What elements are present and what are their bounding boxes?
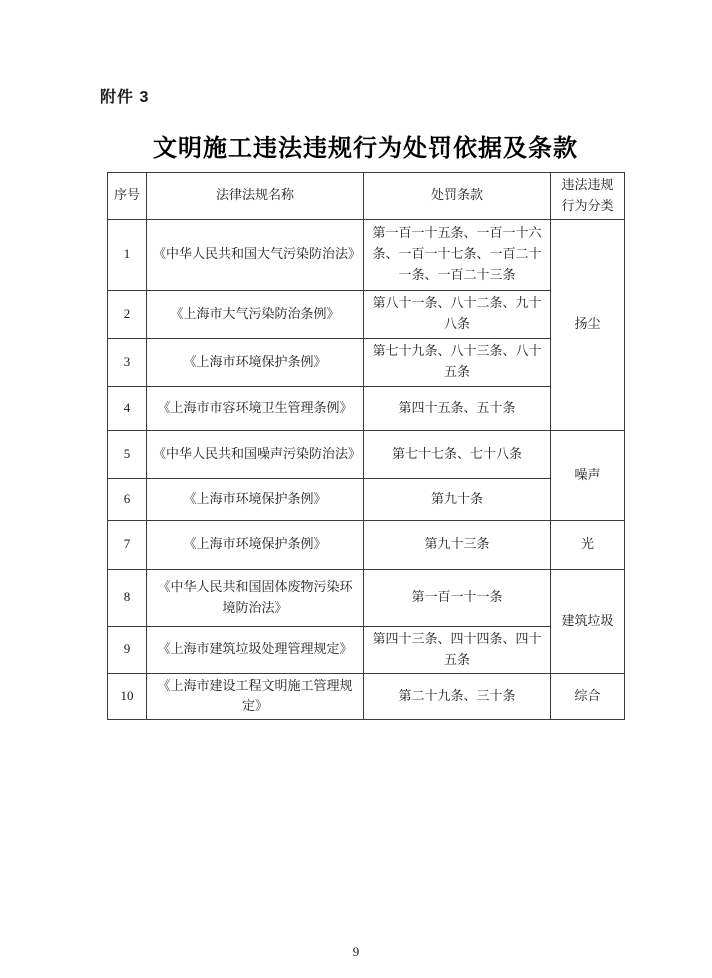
penalty-clauses: 第一百一十一条 — [364, 569, 551, 626]
violation-category: 扬尘 — [551, 219, 625, 430]
penalty-clauses: 第八十一条、八十二条、九十八条 — [364, 290, 551, 338]
table-header-row: 序号 法律法规名称 处罚条款 违法违规行为分类 — [108, 173, 625, 220]
violation-category: 噪声 — [551, 430, 625, 520]
law-name: 《中华人民共和国噪声污染防治法》 — [147, 430, 364, 478]
table-row: 7 《上海市环境保护条例》 第九十三条 光 — [108, 520, 625, 569]
header-name: 法律法规名称 — [147, 173, 364, 220]
violation-category: 光 — [551, 520, 625, 569]
row-no: 5 — [108, 430, 147, 478]
attachment-label: 附件 3 — [100, 84, 149, 107]
table-row: 10 《上海市建设工程文明施工管理规定》 第二十九条、三十条 综合 — [108, 673, 625, 720]
law-name: 《上海市环境保护条例》 — [147, 520, 364, 569]
table-row: 5 《中华人民共和国噪声污染防治法》 第七十七条、七十八条 噪声 — [108, 430, 625, 478]
law-name: 《上海市大气污染防治条例》 — [147, 290, 364, 338]
row-no: 10 — [108, 673, 147, 720]
table-row: 8 《中华人民共和国固体废物污染环境防治法》 第一百一十一条 建筑垃圾 — [108, 569, 625, 626]
row-no: 2 — [108, 290, 147, 338]
violation-category: 建筑垃圾 — [551, 569, 625, 673]
law-name: 《中华人民共和国大气污染防治法》 — [147, 219, 364, 290]
law-name: 《上海市建设工程文明施工管理规定》 — [147, 673, 364, 720]
law-regulation-table: 序号 法律法规名称 处罚条款 违法违规行为分类 1 《中华人民共和国大气污染防治… — [107, 172, 625, 720]
header-category: 违法违规行为分类 — [551, 173, 625, 220]
penalty-clauses: 第一百一十五条、一百一十六条、一百一十七条、一百二十一条、一百二十三条 — [364, 219, 551, 290]
penalty-clauses: 第九十条 — [364, 478, 551, 520]
table-row: 9 《上海市建筑垃圾处理管理规定》 第四十三条、四十四条、四十五条 — [108, 626, 625, 673]
law-name: 《上海市环境保护条例》 — [147, 338, 364, 386]
page-title: 文明施工违法违规行为处罚依据及条款 — [107, 128, 624, 163]
row-no: 4 — [108, 386, 147, 430]
table-row: 1 《中华人民共和国大气污染防治法》 第一百一十五条、一百一十六条、一百一十七条… — [108, 219, 625, 290]
row-no: 6 — [108, 478, 147, 520]
penalty-clauses: 第九十三条 — [364, 520, 551, 569]
row-no: 7 — [108, 520, 147, 569]
law-name: 《上海市建筑垃圾处理管理规定》 — [147, 626, 364, 673]
table-row: 3 《上海市环境保护条例》 第七十九条、八十三条、八十五条 — [108, 338, 625, 386]
penalty-clauses: 第四十五条、五十条 — [364, 386, 551, 430]
document-page: 附件 3 文明施工违法违规行为处罚依据及条款 序号 法律法规名称 处罚条款 违法… — [0, 0, 712, 978]
header-clauses: 处罚条款 — [364, 173, 551, 220]
row-no: 8 — [108, 569, 147, 626]
table-row: 6 《上海市环境保护条例》 第九十条 — [108, 478, 625, 520]
penalty-clauses: 第七十九条、八十三条、八十五条 — [364, 338, 551, 386]
penalty-clauses: 第二十九条、三十条 — [364, 673, 551, 720]
header-no: 序号 — [108, 173, 147, 220]
table-row: 2 《上海市大气污染防治条例》 第八十一条、八十二条、九十八条 — [108, 290, 625, 338]
law-name: 《上海市环境保护条例》 — [147, 478, 364, 520]
law-name: 《上海市市容环境卫生管理条例》 — [147, 386, 364, 430]
row-no: 1 — [108, 219, 147, 290]
row-no: 9 — [108, 626, 147, 673]
law-name: 《中华人民共和国固体废物污染环境防治法》 — [147, 569, 364, 626]
violation-category: 综合 — [551, 673, 625, 720]
row-no: 3 — [108, 338, 147, 386]
table-row: 4 《上海市市容环境卫生管理条例》 第四十五条、五十条 — [108, 386, 625, 430]
penalty-clauses: 第四十三条、四十四条、四十五条 — [364, 626, 551, 673]
page-number: 9 — [0, 944, 712, 960]
penalty-clauses: 第七十七条、七十八条 — [364, 430, 551, 478]
